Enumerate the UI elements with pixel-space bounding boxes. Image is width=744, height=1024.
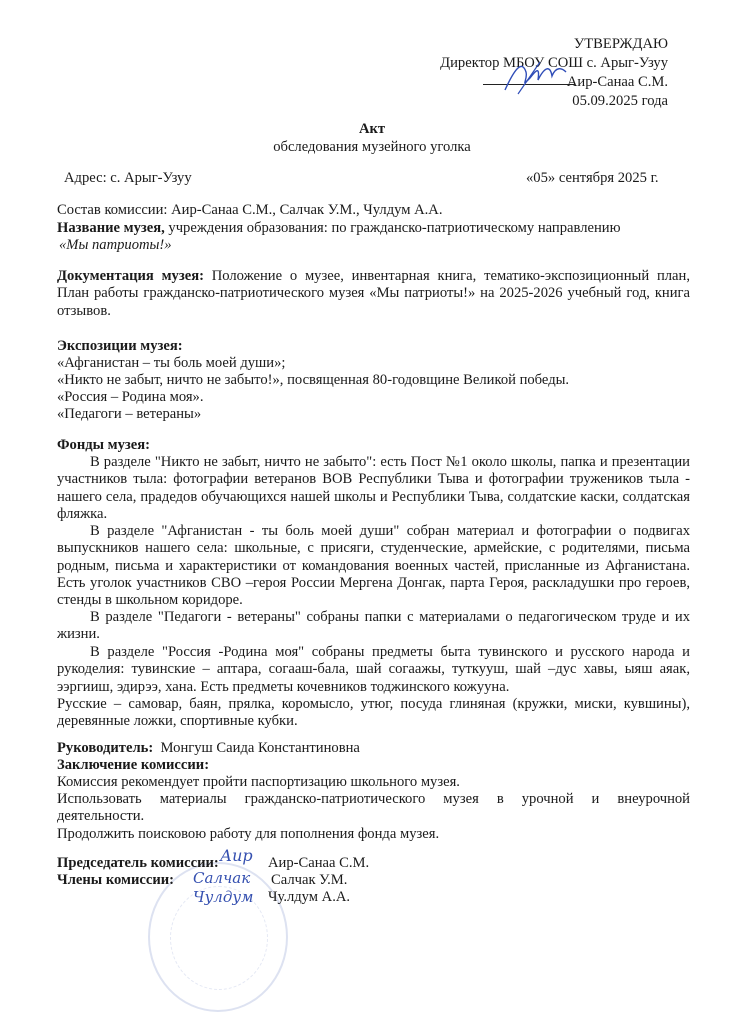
act-date: «05» сентября 2025 г. bbox=[526, 170, 659, 187]
director-signature-icon bbox=[500, 58, 570, 98]
approval-name: Аир-Санаа С.М. bbox=[567, 73, 668, 92]
leader-line: Руководитель: Монгуш Саида Константиновн… bbox=[57, 740, 360, 757]
member-signature-icon: Салчак bbox=[193, 869, 250, 887]
document-title: Акт bbox=[0, 121, 744, 138]
member-signature-icon: Чулдум bbox=[193, 888, 254, 906]
exposition-item: «Афганистан – ты боль моей души»; bbox=[57, 355, 285, 372]
funds-label: Фонды музея: bbox=[57, 437, 150, 454]
exposition-item: «Педагоги – ветераны» bbox=[57, 406, 201, 423]
museum-name-label: Название музея, bbox=[57, 220, 165, 236]
exposition-item: «Никто не забыт, ничто не забыто!», посв… bbox=[57, 372, 569, 389]
funds-paragraph: В разделе "Никто не забыт, ничто не забы… bbox=[57, 454, 690, 523]
conclusion-item: Комиссия рекомендует пройти паспортизаци… bbox=[57, 774, 460, 791]
approval-label: УТВЕРЖДАЮ bbox=[574, 35, 668, 54]
funds-paragraph: В разделе "Педагоги - ветераны" собраны … bbox=[57, 609, 690, 644]
funds-paragraph: В разделе "Россия -Родина моя" собраны п… bbox=[57, 644, 690, 696]
documentation-paragraph: Документация музея: Положение о музее, и… bbox=[57, 268, 690, 320]
museum-name-text: учреждения образования: по гражданско-па… bbox=[165, 220, 621, 236]
exposition-item: «Россия – Родина моя». bbox=[57, 389, 204, 406]
museum-name-line: Название музея, учреждения образования: … bbox=[57, 220, 621, 237]
commission-composition: Состав комиссии: Аир-Санаа С.М., Салчак … bbox=[57, 202, 442, 219]
funds-russian-items: Русские – самовар, баян, прялка, коромыс… bbox=[57, 696, 690, 731]
leader-label: Руководитель: bbox=[57, 740, 153, 756]
conclusion-item: Использовать материалы гражданско-патрио… bbox=[57, 791, 690, 826]
documentation-label: Документация музея: bbox=[57, 268, 204, 284]
funds-paragraph: В разделе "Афганистан - ты боль моей душ… bbox=[57, 523, 690, 609]
document-subtitle: обследования музейного уголка bbox=[0, 139, 744, 156]
leader-name: Монгуш Саида Константиновна bbox=[161, 740, 360, 756]
expositions-label: Экспозиции музея: bbox=[57, 338, 183, 355]
conclusion-label: Заключение комиссии: bbox=[57, 757, 209, 774]
member-name: Салчак У.М. bbox=[271, 872, 347, 889]
museum-name-value: «Мы патриоты!» bbox=[59, 237, 172, 254]
chair-name: Аир-Санаа С.М. bbox=[268, 855, 369, 872]
member-name: Чу.лдум А.А. bbox=[268, 889, 350, 906]
conclusion-item: Продолжить поисковою работу для пополнен… bbox=[57, 826, 439, 843]
address: Адрес: с. Арыг-Узуу bbox=[64, 170, 192, 187]
chair-signature-icon: Аир bbox=[220, 846, 253, 865]
approval-date: 05.09.2025 года bbox=[572, 92, 668, 111]
